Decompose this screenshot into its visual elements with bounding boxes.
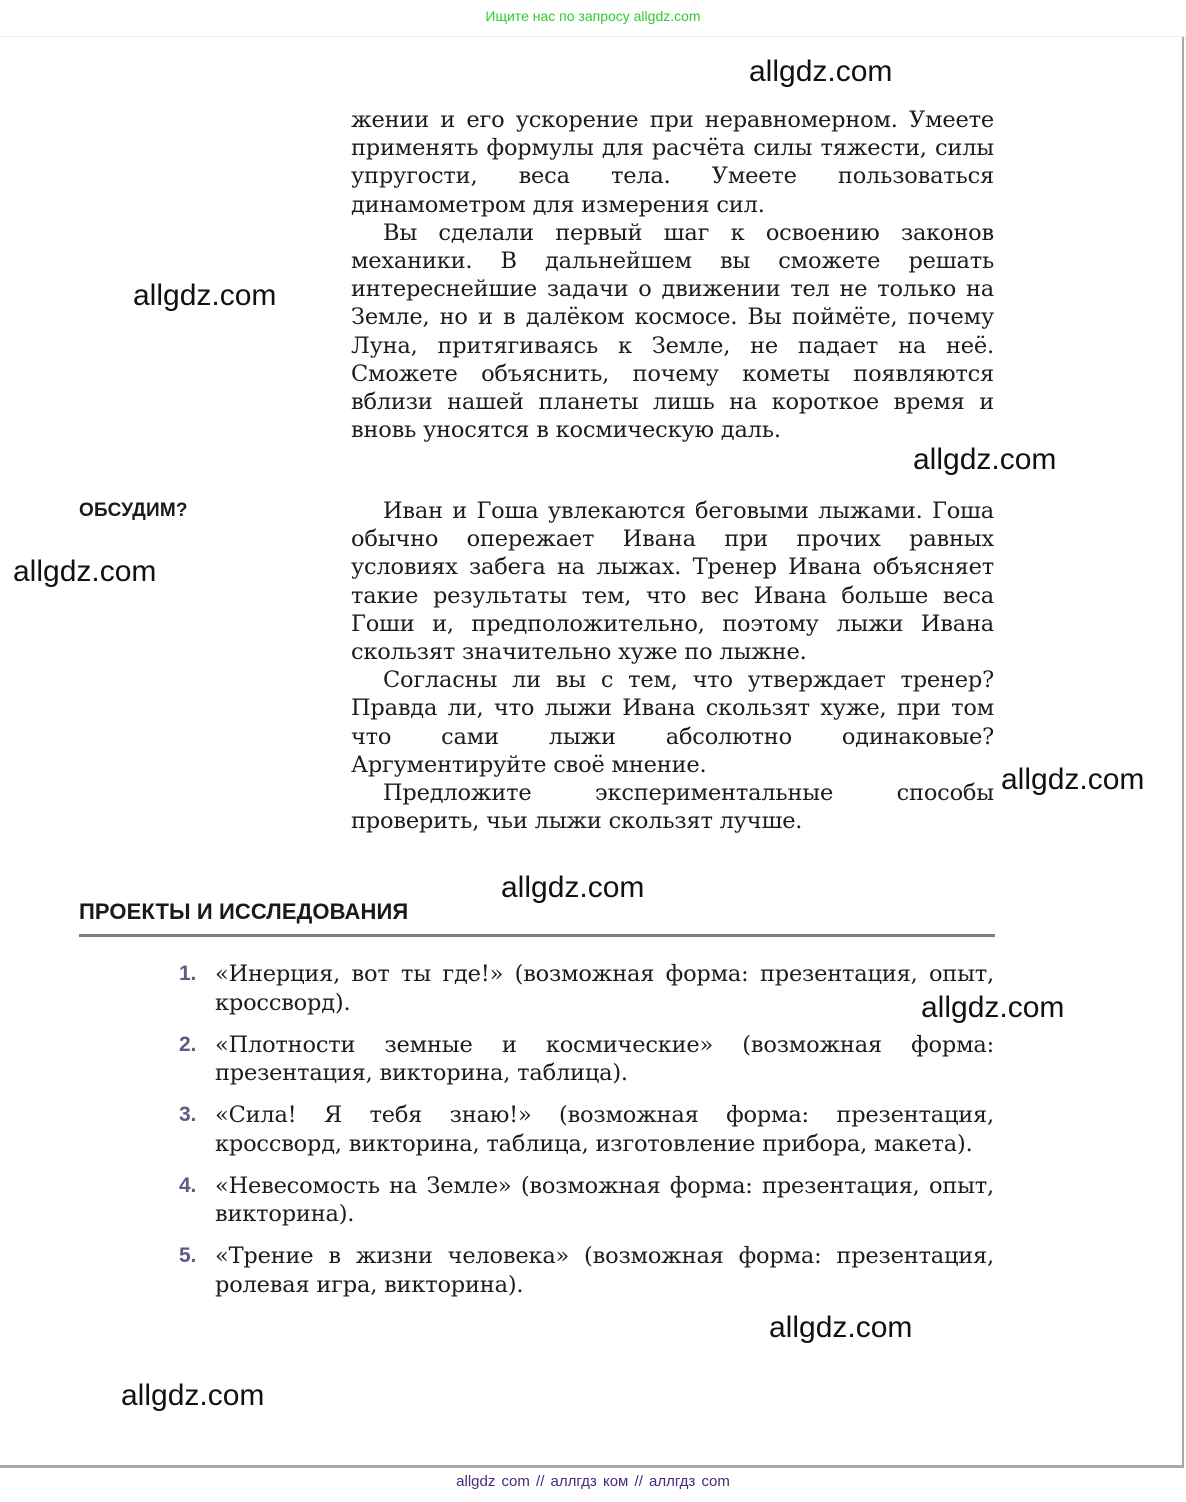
item-text: «Сила! Я тебя знаю!» (возможная форма: п… [215,1102,994,1157]
paragraph: Вы сделали первый шаг к освоению законов… [351,219,994,445]
watermark: allgdz.com [1001,763,1144,797]
watermark: allgdz.com [921,991,1064,1025]
item-text: «Трение в жизни человека» (возможная фор… [215,1243,994,1298]
item-number: 4. [179,1172,196,1201]
list-item: 2.«Плотности земные и космические» (возм… [179,1031,994,1088]
list-item: 5.«Трение в жизни человека» (возможная ф… [179,1242,994,1299]
item-text: «Инерция, вот ты где!» (возможная форма:… [215,961,994,1016]
list-item: 1.«Инерция, вот ты где!» (возможная форм… [179,960,994,1017]
paragraph: Согласны ли вы с тем, что утверждает тре… [351,666,994,779]
paragraph: Иван и Гоша увлекаются беговыми лыжами. … [351,497,994,666]
watermark: allgdz.com [133,279,276,313]
item-text: «Плотности земные и космические» (возмож… [215,1032,994,1087]
watermark: allgdz.com [121,1379,264,1413]
discuss-text: Иван и Гоша увлекаются беговыми лыжами. … [351,497,994,835]
projects-list: 1.«Инерция, вот ты где!» (возможная форм… [179,960,994,1313]
list-item: 3.«Сила! Я тебя знаю!» (возможная форма:… [179,1101,994,1158]
footer-links: allgdz com // аллгдз ком // аллгдз com [0,1473,1186,1490]
watermark: allgdz.com [913,443,1056,477]
item-number: 5. [179,1242,196,1271]
item-number: 2. [179,1031,196,1060]
intro-text: жении и его ускорение при неравномерном.… [351,106,994,444]
paragraph: жении и его ускорение при неравномерном.… [351,106,994,219]
search-hint-text: Ищите нас по запросу allgdz.com [0,8,1186,24]
watermark: allgdz.com [769,1311,912,1345]
section-divider [79,934,995,937]
top-banner: Ищите нас по запросу allgdz.com [0,0,1186,37]
section-title: ПРОЕКТЫ И ИССЛЕДОВАНИЯ [79,899,408,925]
paragraph: Предложите экспериментальные способы про… [351,779,994,835]
list-item: 4.«Невесомость на Земле» (возможная форм… [179,1172,994,1229]
watermark: allgdz.com [13,555,156,589]
watermark: allgdz.com [749,55,892,89]
item-number: 3. [179,1101,196,1130]
watermark: allgdz.com [501,871,644,905]
discuss-label: ОБСУДИМ? [79,500,188,522]
item-number: 1. [179,960,196,989]
item-text: «Невесомость на Земле» (возможная форма:… [215,1173,994,1228]
